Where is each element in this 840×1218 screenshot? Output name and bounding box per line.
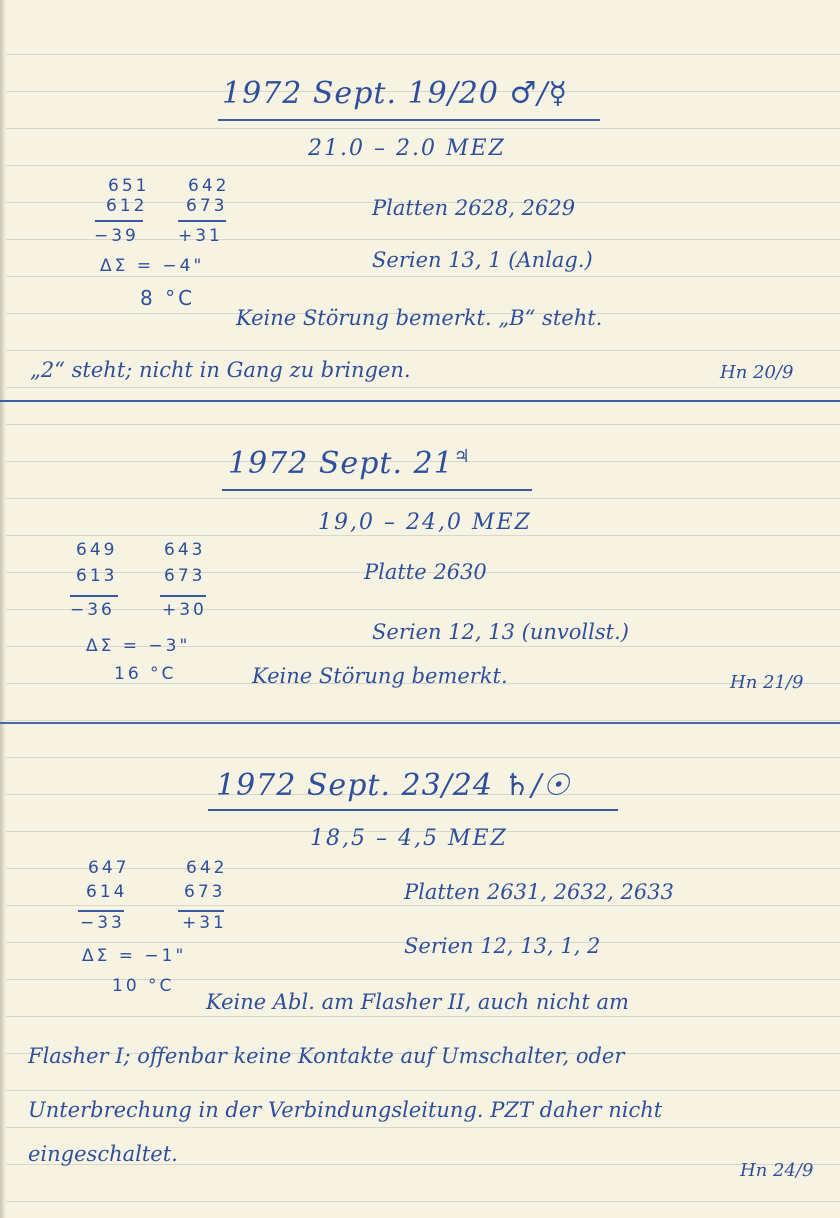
entry-1-title: 1972 Sept. 19/20 ♂/☿ [222, 76, 568, 111]
calc-rule [70, 595, 118, 597]
entry-1-calc-col2-a: 642 [188, 176, 229, 196]
entry-1-signature: Hn 20/9 [720, 362, 793, 383]
entry-2-calc-col2-result: +30 [162, 600, 207, 620]
entry-2-note-1: Keine Störung bemerkt. [252, 664, 508, 688]
entry-3-temperature: 10 °C [112, 976, 174, 996]
entry-3-calc-col2-b: 673 [184, 882, 225, 902]
entry-2-time-range: 19,0 – 24,0 MEZ [318, 510, 532, 535]
entry-2-series: Serien 12, 13 (unvollst.) [372, 620, 629, 644]
entry-2-title: 1972 Sept. 21♃ [228, 446, 471, 481]
entry-1-temperature: 8 °C [140, 286, 195, 310]
weekday-symbols: ♄/☉ [504, 768, 571, 803]
entry-1-calc-col2-result: +31 [178, 226, 223, 246]
entry-2-calc-col2-b: 673 [164, 566, 205, 586]
entry-2-plates: Platte 2630 [364, 560, 487, 584]
entry-3-calc-col1-a: 647 [88, 858, 129, 878]
page-edge [0, 0, 6, 1218]
entry-3-calc-col2-a: 642 [186, 858, 227, 878]
entry-3-delta: ΔΣ = −1" [82, 946, 186, 966]
entry-2-temperature: 16 °C [114, 664, 176, 684]
entry-2-calc-col1-a: 649 [76, 540, 117, 560]
calc-rule [160, 595, 206, 597]
calc-rule [95, 220, 143, 222]
entry-3-time-range: 18,5 – 4,5 MEZ [310, 826, 508, 851]
notebook-page: 1972 Sept. 19/20 ♂/☿ 21.0 – 2.0 MEZ 651 … [0, 0, 840, 1218]
entry-3-calc-col1-b: 614 [86, 882, 127, 902]
entry-3-signature: Hn 24/9 [740, 1160, 813, 1181]
weekday-symbols: ♂/☿ [510, 76, 568, 111]
entry-1-calc-col1-a: 651 [108, 176, 149, 196]
entry-1-time-range: 21.0 – 2.0 MEZ [308, 136, 506, 161]
entry-1-note-1: Keine Störung bemerkt. „B“ steht. [236, 306, 602, 330]
entry-2-signature: Hn 21/9 [730, 672, 803, 693]
entry-2-calc-col1-b: 613 [76, 566, 117, 586]
entry-3-calc-col1-result: −33 [80, 913, 125, 933]
calc-rule [178, 220, 226, 222]
entry-3-note-3: Unterbrechung in der Verbindungsleitung.… [28, 1098, 662, 1122]
entry-1-series: Serien 13, 1 (Anlag.) [372, 248, 593, 272]
entry-1-plates: Platten 2628, 2629 [372, 196, 575, 220]
entry-1-title-underline [218, 119, 600, 121]
entry-1-calc-col1-b: 612 [106, 196, 147, 216]
entry-3-title-underline [208, 809, 618, 811]
entry-3-plates: Platten 2631, 2632, 2633 [404, 880, 674, 904]
entry-1-calc-col1-result: −39 [94, 226, 139, 246]
entry-3-note-2: Flasher I; offenbar keine Kontakte auf U… [28, 1044, 624, 1068]
entry-1-note-2: „2“ steht; nicht in Gang zu bringen. [30, 358, 411, 382]
calc-rule [178, 910, 224, 912]
entry-2-calc-col1-result: −36 [70, 600, 115, 620]
entry-separator [0, 722, 840, 724]
entry-3-note-1: Keine Abl. am Flasher II, auch nicht am [206, 990, 629, 1014]
entry-2-title-underline [222, 489, 532, 491]
entry-2-calc-col2-a: 643 [164, 540, 205, 560]
entry-1-calc-col2-b: 673 [186, 196, 227, 216]
entry-3-title: 1972 Sept. 23/24 ♄/☉ [216, 768, 570, 803]
calc-rule [78, 910, 124, 912]
entry-separator [0, 400, 840, 402]
entry-2-delta: ΔΣ = −3" [86, 636, 190, 656]
entry-3-note-4: eingeschaltet. [28, 1142, 178, 1166]
entry-3-series: Serien 12, 13, 1, 2 [404, 934, 600, 958]
entry-3-calc-col2-result: +31 [182, 913, 227, 933]
weekday-symbols: ♃ [454, 446, 471, 467]
entry-1-delta: ΔΣ = −4" [100, 256, 204, 276]
